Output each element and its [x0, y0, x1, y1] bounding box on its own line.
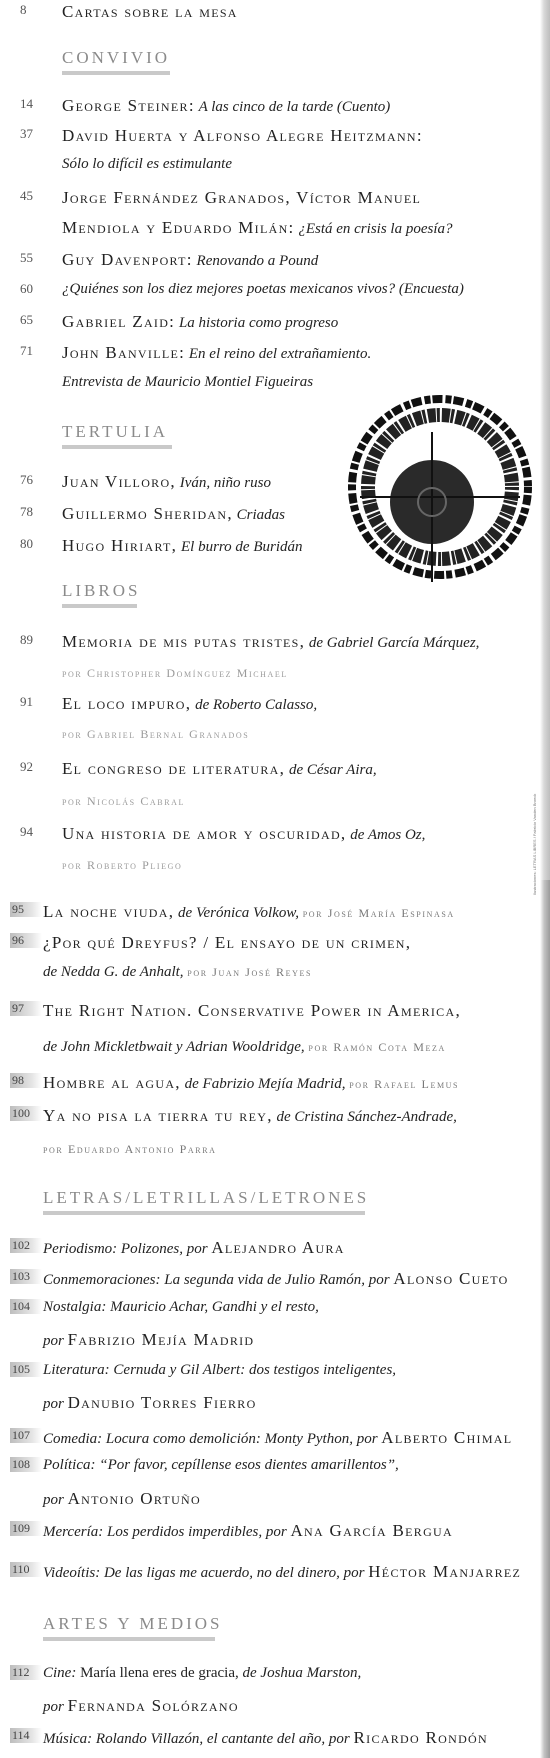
entry-category: Cine: — [43, 1665, 76, 1681]
reviewer: por Nicolás Cabral — [62, 794, 185, 809]
entry-author: Jorge Fernández Granados, Víctor Manuel — [62, 188, 421, 208]
entry-author: Alberto Chimal — [381, 1428, 512, 1447]
entry-title: Comedia: Locura como demolición: Monty P… — [43, 1431, 378, 1447]
page-number-tab: 112 — [10, 1665, 42, 1680]
entry-title: ¿Está en crisis la poesía? — [298, 221, 452, 237]
entry-title: Nostalgia: Mauricio Achar, Gandhi y el r… — [43, 1299, 319, 1316]
page-number: 92 — [20, 759, 50, 775]
reviewer: por José María Espinasa — [303, 906, 455, 920]
book-title: Ya no pisa la tierra tu rey, — [43, 1106, 273, 1125]
table-of-contents-page: Ilustraciones: LETRAS LIBRES / Fabricio … — [0, 0, 550, 1758]
page-number-tab: 95 — [10, 902, 42, 917]
page-number: 89 — [20, 632, 50, 648]
by-label: por — [43, 1333, 64, 1349]
page-number: 65 — [20, 312, 50, 328]
page-number-tab: 96 — [10, 933, 42, 948]
book-author: de César Aira, — [289, 762, 377, 778]
page-number: 94 — [20, 824, 50, 840]
entry-title: Criadas — [237, 507, 285, 523]
book-author: de Fabrizio Mejía Madrid, — [185, 1076, 346, 1092]
section-heading-convivio: CONVIVIO — [62, 48, 170, 75]
reviewer: por Roberto Pliego — [62, 858, 182, 873]
reviewer: por Eduardo Antonio Parra — [43, 1142, 217, 1157]
book-author: de John Mickletbwait y Adrian Wooldridge… — [43, 1039, 305, 1055]
entry-author: Antonio Ortuño — [68, 1489, 201, 1508]
entry-title: La historia como progreso — [179, 315, 338, 331]
entry-author: Guillermo Sheridan, — [62, 504, 233, 523]
entry-author: Alonso Cueto — [393, 1269, 508, 1288]
page-number: 71 — [20, 343, 50, 359]
section-heading-letras: LETRAS/LETRILLAS/LETRONES — [43, 1188, 369, 1215]
entry-subtitle: Entrevista de Mauricio Montiel Figueiras — [62, 374, 313, 391]
page-number: 55 — [20, 250, 50, 266]
entry-title: Videoítis: De las ligas me acuerdo, no d… — [43, 1565, 364, 1581]
page-number-tab: 104 — [10, 1299, 42, 1314]
entry-author: Guy Davenport: — [62, 250, 193, 269]
page-number: 37 — [20, 126, 50, 142]
entry-author: Fernanda Solórzano — [68, 1696, 239, 1715]
entry-author: David Huerta y Alfonso Alegre Heitzmann: — [62, 126, 423, 146]
section-heading-tertulia: TERTULIA — [62, 422, 172, 449]
entry-author: Gabriel Zaid: — [62, 312, 175, 331]
page-number-tab: 105 — [10, 1362, 42, 1377]
book-title: Hombre al agua, — [43, 1073, 181, 1092]
book-author: de Gabriel García Márquez, — [309, 635, 480, 651]
entry-title: Literatura: Cernuda y Gil Albert: dos te… — [43, 1362, 396, 1379]
entry-director: de Joshua Marston, — [243, 1665, 362, 1681]
reviewer: por Rafael Lemus — [349, 1077, 459, 1091]
page-number: 8 — [20, 2, 50, 18]
page-number-tab: 103 — [10, 1269, 42, 1284]
entry-author: Alejandro Aura — [211, 1238, 344, 1257]
entry-author: Juan Villoro, — [62, 472, 176, 491]
book-title: El congreso de literatura, — [62, 759, 285, 778]
book-title: The Right Nation. Conservative Power in … — [43, 1001, 461, 1021]
page-number-tab: 102 — [10, 1238, 42, 1253]
page-number-tab: 114 — [10, 1728, 42, 1743]
reviewer: por Gabriel Bernal Granados — [62, 727, 249, 742]
section-heading-libros: LIBROS — [62, 581, 140, 608]
entry-title: Periodismo: Polizones, por — [43, 1241, 208, 1257]
book-author: de Roberto Calasso, — [195, 697, 317, 713]
page-number: 91 — [20, 694, 50, 710]
entry-author: George Steiner: — [62, 96, 195, 115]
entry-title: A las cinco de la tarde (Cuento) — [199, 99, 391, 115]
entry-author: Ricardo Rondón — [354, 1728, 488, 1747]
book-title: ¿Por qué Dreyfus? / El ensayo de un crim… — [43, 933, 411, 953]
by-label: por — [43, 1699, 64, 1715]
entry-title: ¿Quiénes son los diez mejores poetas mex… — [62, 281, 464, 298]
section-heading-artes: ARTES Y MEDIOS — [43, 1614, 223, 1641]
book-author: de Amos Oz, — [350, 827, 425, 843]
entry-author: Danubio Torres Fierro — [68, 1393, 257, 1412]
rubber-stamp-seal-icon — [340, 392, 540, 592]
page-number-tab: 98 — [10, 1073, 42, 1088]
page-number-tab: 100 — [10, 1106, 42, 1121]
page-number: 80 — [20, 536, 50, 552]
page-number-tab: 108 — [10, 1457, 42, 1472]
entry-title: El burro de Buridán — [181, 539, 303, 555]
page-number-tab: 109 — [10, 1521, 42, 1536]
page-edge-shadow-lower — [540, 880, 550, 1758]
book-title: Memoria de mis putas tristes, — [62, 632, 305, 651]
entry-author: Mendiola y Eduardo Milán: — [62, 218, 295, 237]
book-title: Una historia de amor y oscuridad, — [62, 824, 346, 843]
entry-author: John Banville: — [62, 343, 185, 362]
entry-title: Política: “Por favor, cepíllense esos di… — [43, 1457, 399, 1474]
page-number: 78 — [20, 504, 50, 520]
by-label: por — [43, 1396, 64, 1412]
entry-title: Conmemoraciones: La segunda vida de Juli… — [43, 1272, 390, 1288]
reviewer: por Ramón Cota Meza — [308, 1040, 445, 1054]
reviewer: por Juan José Reyes — [187, 965, 312, 979]
entry-author: Héctor Manjarrez — [368, 1562, 521, 1581]
reviewer: por Christopher Domínguez Michael — [62, 666, 288, 681]
entry-title: Cartas sobre la mesa — [62, 2, 238, 22]
page-number-tab: 110 — [10, 1562, 42, 1577]
entry-author: Ana García Bergua — [290, 1521, 453, 1540]
entry-title: María llena eres de gracia, — [80, 1665, 239, 1681]
entry-title: Música: Rolando Villazón, el cantante de… — [43, 1731, 350, 1747]
page-number: 60 — [20, 281, 50, 297]
entry-author: Hugo Hiriart, — [62, 536, 177, 555]
entry-title: En el reino del extrañamiento. — [189, 346, 371, 362]
book-author: de Cristina Sánchez-Andrade, — [277, 1109, 457, 1125]
page-number-tab: 107 — [10, 1428, 42, 1443]
by-label: por — [43, 1492, 64, 1508]
page-number: 14 — [20, 96, 50, 112]
entry-title: Mercería: Los perdidos imperdibles, por — [43, 1524, 287, 1540]
margin-credit: Ilustraciones: LETRAS LIBRES / Fabricio … — [532, 715, 538, 895]
page-number: 76 — [20, 472, 50, 488]
book-title: El loco impuro, — [62, 694, 191, 713]
page-number: 45 — [20, 188, 50, 204]
page-number-tab: 97 — [10, 1001, 42, 1016]
entry-title: Sólo lo difícil es estimulante — [62, 156, 232, 173]
book-title: La noche viuda, — [43, 902, 174, 921]
entry-author: Fabrizio Mejía Madrid — [68, 1330, 255, 1349]
entry-title: Iván, niño ruso — [180, 475, 271, 491]
book-author: de Verónica Volkow, — [178, 905, 299, 921]
entry-title: Renovando a Pound — [197, 253, 319, 269]
book-author: de Nedda G. de Anhalt, — [43, 964, 184, 980]
